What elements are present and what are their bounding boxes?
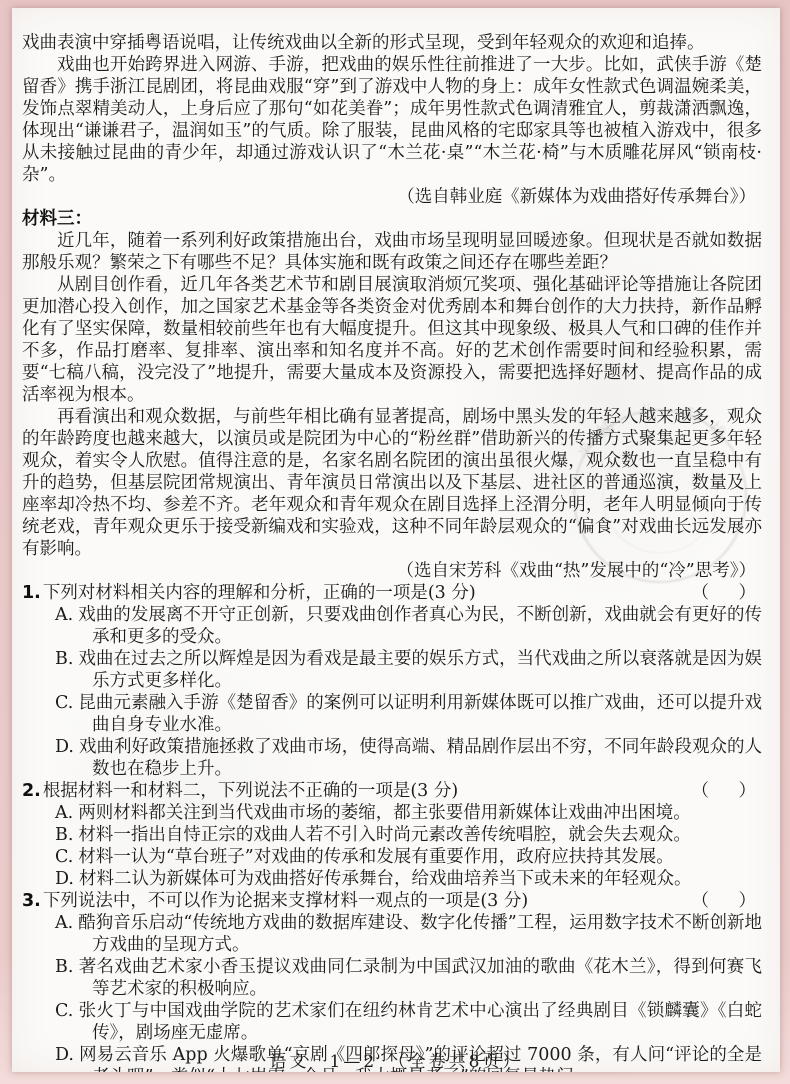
option-text: 昆曲元素融入手游《楚留香》的案例可以证明利用新媒体既可以推广戏曲，还可以提升戏曲… <box>78 693 762 735</box>
question-2: 2.根据材料一和材料二，下列说法不正确的一项是(3 分)（ ） A.两则材料都关… <box>22 780 762 890</box>
material3-paragraph: 再看演出和观众数据，与前些年相比确有显著提高，剧场中黑头发的年轻人越来越多，观众… <box>22 406 762 560</box>
material3-source: （选自宋芳科《戏曲“热”发展中的“冷”思考》） <box>22 560 762 582</box>
option-text: 材料二认为新媒体可为戏曲搭好传承舞台，给戏曲培养当下或未来的年轻观众。 <box>79 869 692 889</box>
option-label: A. <box>55 803 73 823</box>
material3-paragraph: 从剧目创作看，近几年各类艺术节和剧目展演取消烦冗奖项、强化基础评论等措施让各院团… <box>22 274 762 406</box>
question-3-stem: 3.下列说法中，不可以作为论据来支撑材料一观点的一项是(3 分)（ ） <box>22 890 762 912</box>
option-label: B. <box>55 825 73 845</box>
answer-bracket: （ ） <box>719 780 763 802</box>
question-stem-text: 下列说法中，不可以作为论据来支撑材料一观点的一项是(3 分) <box>43 891 528 911</box>
option-text: 张火丁与中国戏曲学院的艺术家们在纽约林肯艺术中心演出了经典剧目《锁麟囊》《白蛇传… <box>78 1001 762 1043</box>
question-1-stem: 1.下列对材料相关内容的理解和分析，正确的一项是(3 分)（ ） <box>22 582 762 604</box>
question-2-option-b: B.材料一指出自恃正宗的戏曲人若不引入时尚元素改善传统唱腔，就会失去观众。 <box>55 824 762 846</box>
question-number: 3. <box>22 891 41 911</box>
material2-continuation-line: 戏曲表演中穿插粤语说唱，让传统戏曲以全新的形式呈现，受到年轻观众的欢迎和追捧。 <box>22 32 762 54</box>
option-label: B. <box>55 957 73 977</box>
question-3-option-c: C.张火丁与中国戏曲学院的艺术家们在纽约林肯艺术中心演出了经典剧目《锁麟囊》《白… <box>55 1000 762 1044</box>
material3-heading: 材料三： <box>22 208 762 230</box>
question-1: 1.下列对材料相关内容的理解和分析，正确的一项是(3 分)（ ） A.戏曲的发展… <box>22 582 762 780</box>
option-text: 两则材料都关注到当代戏曲市场的萎缩，都主张要借用新媒体让戏曲冲出困境。 <box>78 803 691 823</box>
question-2-stem: 2.根据材料一和材料二，下列说法不正确的一项是(3 分)（ ） <box>22 780 762 802</box>
option-label: D. <box>55 737 74 757</box>
question-3-option-a: A.酷狗音乐启动“传统地方戏曲的数据库建设、数字化传播”工程，运用数字技术不断创… <box>55 912 762 956</box>
question-1-option-d: D.戏曲利好政策措施拯救了戏曲市场，使得高端、精品剧作层出不穷，不同年龄段观众的… <box>55 736 762 780</box>
question-stem-text: 根据材料一和材料二，下列说法不正确的一项是(3 分) <box>43 781 458 801</box>
question-3-option-b: B.著名戏曲艺术家小香玉提议戏曲同仁录制为中国武汉加油的歌曲《花木兰》，得到何赛… <box>55 956 762 1000</box>
option-label: A. <box>55 605 73 625</box>
question-1-option-b: B.戏曲在过去之所以辉煌是因为看戏是最主要的娱乐方式，当代戏曲之所以衰落就是因为… <box>55 648 762 692</box>
question-1-option-a: A.戏曲的发展离不开守正创新，只要戏曲创作者真心为民，不断创新，戏曲就会有更好的… <box>55 604 762 648</box>
material2-paragraph: 戏曲也开始跨界进入网游、手游，把戏曲的娱乐性往前推进了一大步。比如，武侠手游《楚… <box>22 54 762 186</box>
question-2-option-c: C.材料一认为“草台班子”对戏曲的传承和发展有重要作用，政府应扶持其发展。 <box>55 846 762 868</box>
option-text: 材料一指出自恃正宗的戏曲人若不引入时尚元素改善传统唱腔，就会失去观众。 <box>78 825 691 845</box>
answer-bracket: （ ） <box>719 582 763 604</box>
option-label: D. <box>55 869 74 889</box>
material2-source: （选自韩业庭《新媒体为戏曲搭好传承舞台》） <box>22 186 762 208</box>
scanned-exam-photo: { "page": { "bg_color": "#e8c8c6", "pape… <box>0 0 790 1084</box>
material3-paragraph: 近几年，随着一系列利好政策措施出台，戏曲市场呈现明显回暖迹象。但现状是否就如数据… <box>22 230 762 274</box>
option-text: 著名戏曲艺术家小香玉提议戏曲同仁录制为中国武汉加油的歌曲《花木兰》，得到何赛飞等… <box>78 957 762 999</box>
page-content: 戏曲表演中穿插粤语说唱，让传统戏曲以全新的形式呈现，受到年轻观众的欢迎和追捧。 … <box>22 32 762 1072</box>
option-label: A. <box>55 913 73 933</box>
material3-label: 材料三： <box>22 209 92 229</box>
answer-bracket: （ ） <box>719 890 763 912</box>
option-text: 戏曲的发展离不开守正创新，只要戏曲创作者真心为民，不断创新，戏曲就会有更好的传承… <box>78 605 762 647</box>
option-label: C. <box>55 1001 73 1021</box>
page-footer: 语文 1—2 （全卷共8页） <box>12 1047 780 1072</box>
option-text: 酷狗音乐启动“传统地方戏曲的数据库建设、数字化传播”工程，运用数字技术不断创新地… <box>78 913 762 955</box>
question-2-option-a: A.两则材料都关注到当代戏曲市场的萎缩，都主张要借用新媒体让戏曲冲出困境。 <box>55 802 762 824</box>
question-stem-text: 下列对材料相关内容的理解和分析，正确的一项是(3 分) <box>43 583 476 603</box>
option-text: 戏曲利好政策措施拯救了戏曲市场，使得高端、精品剧作层出不穷，不同年龄段观众的人数… <box>79 737 762 779</box>
question-2-option-d: D.材料二认为新媒体可为戏曲搭好传承舞台，给戏曲培养当下或未来的年轻观众。 <box>55 868 762 890</box>
exam-page: 半姊·八·科排 戏曲表演中穿插粤语说唱，让传统戏曲以全新的形式呈现，受到年轻观众… <box>12 8 780 1072</box>
question-number: 1. <box>22 583 41 603</box>
option-text: 材料一认为“草台班子”对戏曲的传承和发展有重要作用，政府应扶持其发展。 <box>78 847 673 867</box>
option-label: C. <box>55 693 73 713</box>
option-label: C. <box>55 847 73 867</box>
question-3: 3.下列说法中，不可以作为论据来支撑材料一观点的一项是(3 分)（ ） A.酷狗… <box>22 890 762 1072</box>
option-text: 戏曲在过去之所以辉煌是因为看戏是最主要的娱乐方式，当代戏曲之所以衰落就是因为娱乐… <box>78 649 762 691</box>
question-number: 2. <box>22 781 41 801</box>
question-1-option-c: C.昆曲元素融入手游《楚留香》的案例可以证明利用新媒体既可以推广戏曲，还可以提升… <box>55 692 762 736</box>
option-label: B. <box>55 649 73 669</box>
